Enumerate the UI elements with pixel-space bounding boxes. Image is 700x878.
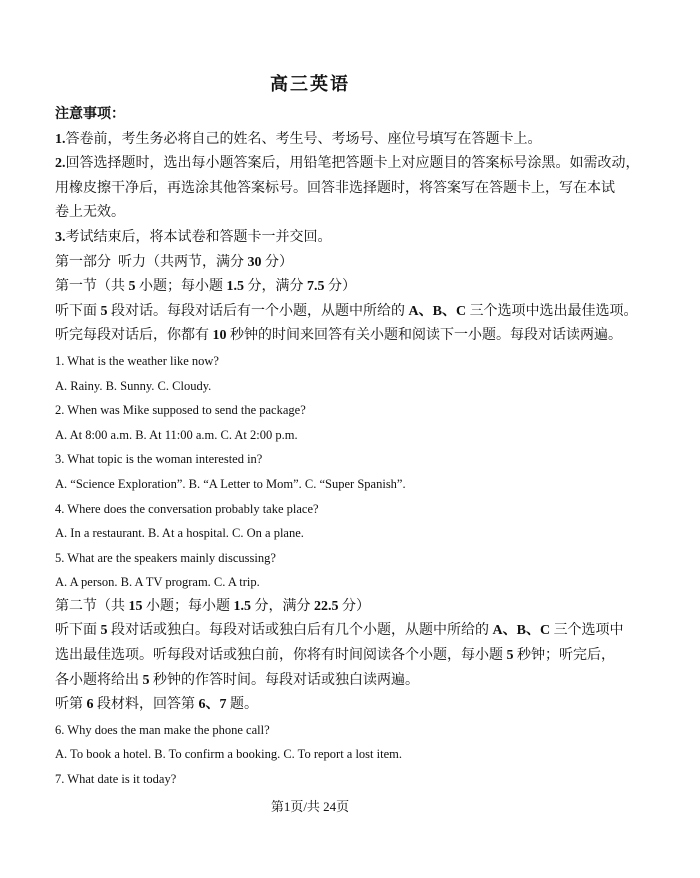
text-segment: 各小题将给出 [55,673,143,688]
text-segment: 段材料，回答第 [94,697,199,712]
text-segment-bold: A、B、C [409,304,467,319]
text-segment: 1. What is the weather like now? [55,354,219,368]
text-segment: 5. What are the speakers mainly discussi… [55,551,276,565]
text-line: 1. What is the weather like now? [55,349,655,374]
text-line: 第一部分 听力（共两节，满分 30 分） [55,251,655,276]
text-segment: 段对话。每段对话后有一个小题，从题中所给的 [108,304,409,319]
text-segment: A. To book a hotel. B. To confirm a book… [55,747,402,761]
text-segment: 回答选择题时，选出每小题答案后，用铅笔把答题卡上对应题目的答案标号涂黑。如需改动… [66,156,640,171]
text-segment: 选出最佳选项。听每段对话或独白前，你将有时间阅读各个小题，每小题 [55,648,507,663]
text-line: 各小题将给出 5 秒钟的作答时间。每段对话或独白读两遍。 [55,669,655,694]
text-segment-bold: 1.5 [234,599,252,614]
text-line: 5. What are the speakers mainly discussi… [55,546,655,571]
text-segment: 分，满分 [244,279,307,294]
text-segment: A. In a restaurant. B. At a hospital. C.… [55,526,304,540]
text-segment: 段对话或独白。每段对话或独白后有几个小题，从题中所给的 [108,623,493,638]
text-line: A. A person. B. A TV program. C. A trip. [55,570,655,595]
text-segment-bold: 10 [213,328,227,343]
text-line: 3. What topic is the woman interested in… [55,447,655,472]
text-line: A. Rainy. B. Sunny. C. Cloudy. [55,374,655,399]
page-number: 第1页/共 24页 [55,796,565,815]
text-segment-bold: 注意事项： [55,107,125,122]
text-segment: 听第 [55,697,87,712]
text-line: 注意事项： [55,103,655,128]
page-title: 高三英语 [55,70,565,96]
text-segment: 答卷前，考生务必将自己的姓名、考生号、考场号、座位号填写在答题卡上。 [66,132,542,147]
text-segment: 秒钟；听完后， [514,648,616,663]
text-line: A. To book a hotel. B. To confirm a book… [55,742,655,767]
text-segment-bold: 5 [101,304,108,319]
document-lines: 注意事项：1.答卷前，考生务必将自己的姓名、考生号、考场号、座位号填写在答题卡上… [55,103,655,792]
text-segment: 三个选项中 [550,623,624,638]
text-line: 1.答卷前，考生务必将自己的姓名、考生号、考场号、座位号填写在答题卡上。 [55,128,655,153]
text-segment-bold: 15 [129,599,143,614]
text-line: 第二节（共 15 小题；每小题 1.5 分，满分 22.5 分） [55,595,655,620]
text-line: 2.回答选择题时，选出每小题答案后，用铅笔把答题卡上对应题目的答案标号涂黑。如需… [55,152,655,177]
text-segment: A. A person. B. A TV program. C. A trip. [55,575,260,589]
text-line: 听下面 5 段对话。每段对话后有一个小题，从题中所给的 A、B、C 三个选项中选… [55,300,655,325]
text-line: 6. Why does the man make the phone call? [55,718,655,743]
text-line: 3.考试结束后，将本试卷和答题卡一并交回。 [55,226,655,251]
text-line: A. At 8:00 a.m. B. At 11:00 a.m. C. At 2… [55,423,655,448]
text-line: 听第 6 段材料，回答第 6、7 题。 [55,693,655,718]
text-segment-bold: 5 [129,279,136,294]
text-segment: A. Rainy. B. Sunny. C. Cloudy. [55,379,211,393]
text-line: 听下面 5 段对话或独白。每段对话或独白后有几个小题，从题中所给的 A、B、C … [55,619,655,644]
text-segment: A. “Science Exploration”. B. “A Letter t… [55,477,406,491]
text-line: 选出最佳选项。听每段对话或独白前，你将有时间阅读各个小题，每小题 5 秒钟；听完… [55,644,655,669]
text-segment: 考试结束后，将本试卷和答题卡一并交回。 [66,230,332,245]
text-segment: 分） [339,599,371,614]
text-segment: 分） [262,255,294,270]
text-segment: 第二节（共 [55,599,129,614]
text-line: 听完每段对话后，你都有 10 秒钟的时间来回答有关小题和阅读下一小题。每段对话读… [55,324,655,349]
text-segment-bold: 2. [55,156,66,171]
text-line: 卷上无效。 [55,201,655,226]
text-line: 2. When was Mike supposed to send the pa… [55,398,655,423]
text-line: 第一节（共 5 小题；每小题 1.5 分，满分 7.5 分） [55,275,655,300]
text-segment-bold: 3. [55,230,66,245]
text-segment-bold: 1.5 [227,279,245,294]
text-line: A. In a restaurant. B. At a hospital. C.… [55,521,655,546]
text-segment: 第一部分 听力（共两节，满分 [55,255,248,270]
text-segment-bold: 5 [143,673,150,688]
text-segment: 用橡皮擦干净后，再选涂其他答案标号。回答非选择题时，将答案写在答题卡上，写在本试 [55,181,615,196]
text-segment: 分，满分 [251,599,314,614]
text-segment: 秒钟的时间来回答有关小题和阅读下一小题。每段对话读两遍。 [227,328,623,343]
text-segment: 分） [325,279,357,294]
text-segment: 2. When was Mike supposed to send the pa… [55,403,306,417]
text-segment-bold: 5 [507,648,514,663]
text-segment: A. At 8:00 a.m. B. At 11:00 a.m. C. At 2… [55,428,298,442]
text-segment: 3. What topic is the woman interested in… [55,452,262,466]
text-segment: 听下面 [55,304,101,319]
text-segment: 听下面 [55,623,101,638]
text-segment: 小题；每小题 [136,279,227,294]
text-segment-bold: 6 [87,697,94,712]
text-segment: 小题；每小题 [143,599,234,614]
text-segment: 第一节（共 [55,279,129,294]
text-line: 用橡皮擦干净后，再选涂其他答案标号。回答非选择题时，将答案写在答题卡上，写在本试 [55,177,655,202]
text-segment-bold: A、B、C [493,623,551,638]
text-line: A. “Science Exploration”. B. “A Letter t… [55,472,655,497]
text-segment-bold: 6、7 [199,697,227,712]
text-segment: 4. Where does the conversation probably … [55,502,319,516]
text-segment: 三个选项中选出最佳选项。 [466,304,638,319]
text-segment: 7. What date is it today? [55,772,176,786]
text-line: 4. Where does the conversation probably … [55,497,655,522]
text-segment: 听完每段对话后，你都有 [55,328,213,343]
text-segment-bold: 30 [248,255,262,270]
text-segment-bold: 22.5 [314,599,339,614]
text-segment-bold: 1. [55,132,66,147]
text-segment-bold: 5 [101,623,108,638]
text-segment: 卷上无效。 [55,205,125,220]
text-segment: 题。 [227,697,259,712]
exam-paper-page: 高三英语 注意事项：1.答卷前，考生务必将自己的姓名、考生号、考场号、座位号填写… [0,0,700,878]
text-segment: 秒钟的作答时间。每段对话或独白读两遍。 [150,673,420,688]
text-segment-bold: 7.5 [307,279,325,294]
text-line: 7. What date is it today? [55,767,655,792]
text-segment: 6. Why does the man make the phone call? [55,723,270,737]
